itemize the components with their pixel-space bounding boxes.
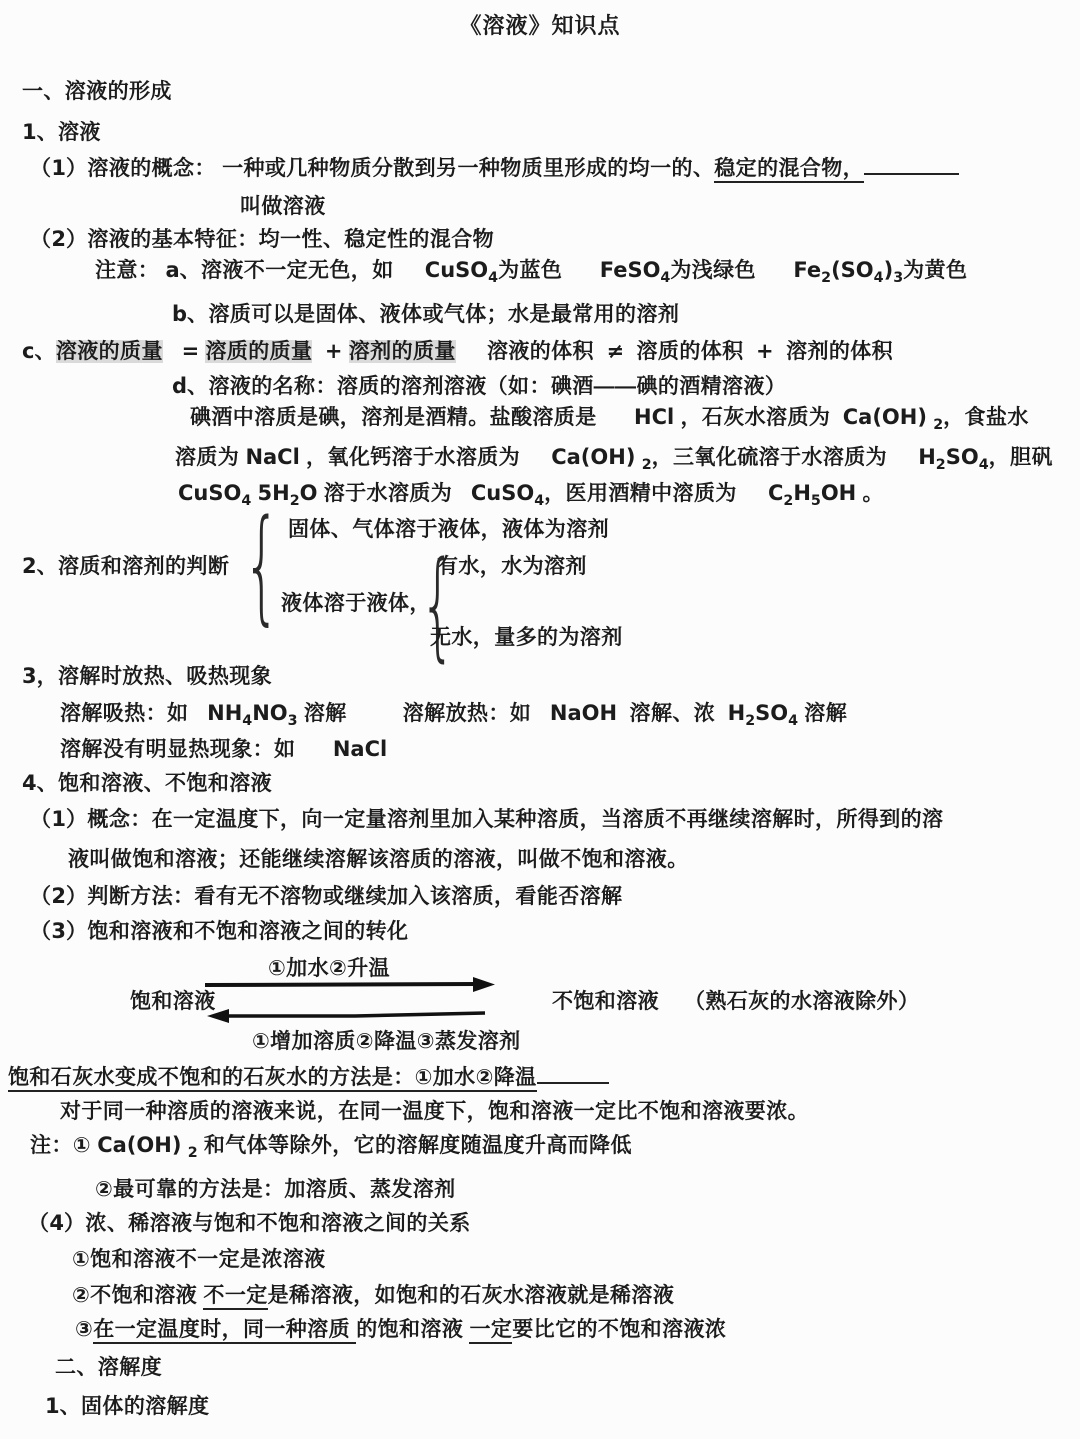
arrow-right-icon (205, 977, 495, 992)
item4-1-line1: （1）概念：在一定温度下，向一定量溶剂里加入某种溶质，当溶质不再继续溶解时，所得… (30, 806, 943, 833)
item1-feature-line: （2）溶液的基本特征：均一性、稳定性的混合物 (30, 226, 494, 253)
item4-1-line2: 液叫做饱和溶液；还能继续溶解该溶质的溶液，叫做不饱和溶液。 (68, 846, 689, 873)
item4-2-line: （2）判断方法：看有无不溶物或继续加入该溶质，看能否溶解 (30, 883, 622, 910)
same-solute-line: 对于同一种溶质的溶液来说，在同一温度下，饱和溶液一定比不饱和溶液要浓。 (60, 1098, 809, 1125)
part1-heading: 一、溶液的形成 (22, 78, 172, 105)
item1-concept-line2: 叫做溶液 (240, 193, 326, 220)
part2-heading: 二、溶解度 (55, 1354, 162, 1381)
item1-heading: 1、溶液 (22, 119, 101, 146)
judge-liquid-line: 液体溶于液体， (281, 590, 431, 617)
note2-line: ②最可靠的方法是：加溶质、蒸发溶剂 (95, 1176, 456, 1203)
judge-nowater-line: 无水，量多的为溶剂 (430, 624, 623, 651)
note1-line: 注：① Ca(OH) 2 和气体等除外，它的溶解度随温度升高而降低 (30, 1132, 632, 1159)
item3-heading: 3，溶解时放热、吸热现象 (22, 663, 272, 690)
note-d-line4: CuSO4 5H2O 溶于水溶质为 CuSO4，医用酒精中溶质为 C2H5OH … (178, 480, 884, 507)
item2-heading: 2、溶质和溶剂的判断 (22, 553, 229, 580)
note-a-line: 注意： a、溶液不一定无色，如 CuSO4为蓝色 FeSO4为浅绿色 Fe2(S… (95, 257, 967, 284)
item4-4-line: （4）浓、稀溶液与饱和不饱和溶液之间的关系 (28, 1210, 471, 1237)
diagram-unsaturated-label: 不饱和溶液 （熟石灰的水溶液除外） (552, 988, 919, 1015)
item3-line1: 溶解吸热：如 NH4NO3 溶解 溶解放热：如 NaOH 溶解、浓 H2SO4 … (60, 700, 847, 727)
part2-item1-heading: 1、固体的溶解度 (45, 1393, 209, 1420)
brace-left-icon: { (243, 493, 281, 638)
judge-water-line: 有水，水为溶剂 (437, 553, 587, 580)
note-c-line: c、溶液的质量 = 溶质的质量 + 溶剂的质量 溶液的体积 ≠ 溶质的体积 + … (22, 338, 893, 365)
page-title: 《溶液》知识点 (0, 12, 1080, 39)
conversion-arrows (195, 975, 515, 1027)
diagram-bottom-label: ①增加溶质②降温③蒸发溶剂 (252, 1028, 521, 1055)
item4-4a-line: ①饱和溶液不一定是浓溶液 (72, 1246, 326, 1273)
lime-water-line: 饱和石灰水变成不饱和的石灰水的方法是：①加水②降温 (8, 1060, 609, 1091)
note-d-line3: 溶质为 NaCl ，氧化钙溶于水溶质为 Ca(OH) 2，三氧化硫溶于水溶质为 … (175, 444, 1053, 471)
item3-line2: 溶解没有明显热现象：如 NaCl (60, 736, 387, 763)
item4-4b-line: ②不饱和溶液 不一定是稀溶液，如饱和的石灰水溶液就是稀溶液 (72, 1282, 674, 1309)
item4-3-line: （3）饱和溶液和不饱和溶液之间的转化 (30, 918, 408, 945)
item4-heading: 4、饱和溶液、不饱和溶液 (22, 770, 272, 797)
document-page: 《溶液》知识点 一、溶液的形成 1、溶液 （1）溶液的概念： 一种或几种物质分散… (0, 0, 1080, 1439)
item1-concept-line1: （1）溶液的概念： 一种或几种物质分散到另一种物质里形成的均一的、稳定的混合物， (30, 151, 959, 182)
note-d-line: d、溶液的名称：溶质的溶剂溶液（如：碘酒——碘的酒精溶液） (172, 373, 786, 400)
arrow-left-icon (207, 1009, 485, 1023)
item4-4c-line: ③在一定温度时，同一种溶质 的饱和溶液 一定要比它的不饱和溶液浓 (75, 1316, 726, 1343)
note-b-line: b、溶质可以是固体、液体或气体；水是最常用的溶剂 (172, 301, 679, 328)
brace-left-small-icon: { (420, 537, 456, 674)
note-d-line2: 碘酒中溶质是碘，溶剂是酒精。盐酸溶质是 HCl ，石灰水溶质为 Ca(OH) 2… (190, 404, 1029, 431)
